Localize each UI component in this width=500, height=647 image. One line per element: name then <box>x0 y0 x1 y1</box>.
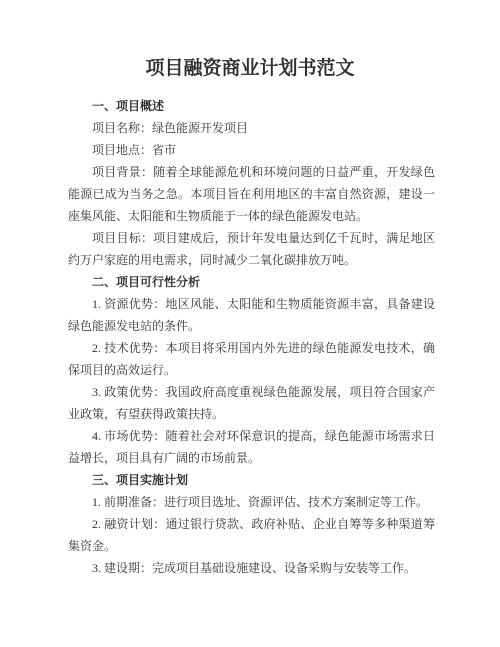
section-heading-feasibility: 二、项目可行性分析 <box>68 271 435 293</box>
paragraph-market-advantage: 4. 市场优势：随着社会对环保意识的提高，绿色能源市场需求日益增长，项目具有广阔… <box>68 425 435 469</box>
paragraph-project-goal: 项目目标：项目建成后，预计年发电量达到亿千瓦时，满足地区约万户家庭的用电需求，同… <box>68 227 435 271</box>
paragraph-technology-advantage: 2. 技术优势：本项目将采用国内外先进的绿色能源发电技术，确保项目的高效运行。 <box>68 337 435 381</box>
paragraph-project-background: 项目背景：随着全球能源危机和环境问题的日益严重，开发绿色能源已成为当务之急。本项… <box>68 161 435 227</box>
paragraph-resource-advantage: 1. 资源优势：地区风能、太阳能和生物质能资源丰富，具备建设绿色能源发电站的条件… <box>68 293 435 337</box>
paragraph-financing-plan: 2. 融资计划：通过银行贷款、政府补贴、企业自筹等多种渠道筹集资金。 <box>68 513 435 557</box>
paragraph-preparation: 1. 前期准备：进行项目选址、资源评估、技术方案制定等工作。 <box>68 491 435 513</box>
section-heading-implementation: 三、项目实施计划 <box>68 469 435 491</box>
document-title: 项目融资商业计划书范文 <box>0 55 500 83</box>
paragraph-project-location: 项目地点：省市 <box>68 139 435 161</box>
paragraph-construction-period: 3. 建设期：完成项目基础设施建设、设备采购与安装等工作。 <box>68 557 435 579</box>
document-body: 一、项目概述 项目名称：绿色能源开发项目 项目地点：省市 项目背景：随着全球能源… <box>68 95 435 579</box>
document-page: 项目融资商业计划书范文 一、项目概述 项目名称：绿色能源开发项目 项目地点：省市… <box>0 0 500 647</box>
section-heading-overview: 一、项目概述 <box>68 95 435 117</box>
paragraph-policy-advantage: 3. 政策优势：我国政府高度重视绿色能源发展，项目符合国家产业政策，有望获得政策… <box>68 381 435 425</box>
paragraph-project-name: 项目名称：绿色能源开发项目 <box>68 117 435 139</box>
